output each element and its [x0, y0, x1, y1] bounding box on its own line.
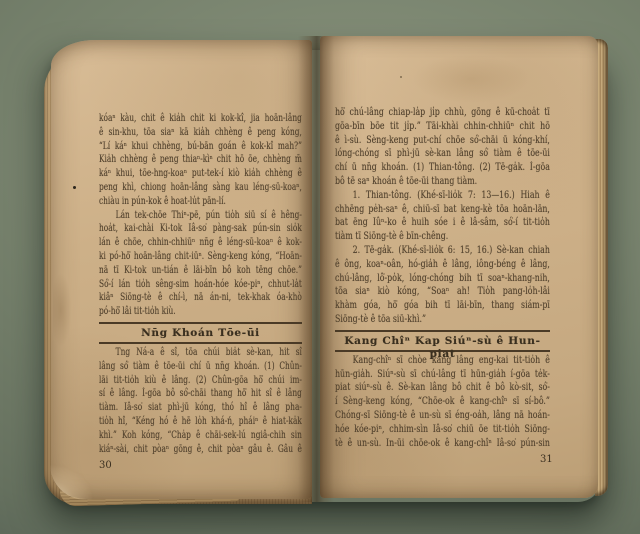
right-page: hō͘ chú-lâng chiap-la̍p ji̍p chhù, gōng … [320, 36, 598, 498]
text-line: bat ēng Iûⁿ-ko ê huih sóe i ê lâ-sâm, só… [335, 216, 550, 230]
text-line: pó-hō͘ lâi tit-tio̍h kiù. [99, 305, 302, 319]
text-line: tè ê un-sù. In-ūi chōe-ok ê kang-chîⁿ Iâ… [335, 437, 550, 451]
text-line: kiâⁿ Siōng-tè ê chí-ì, nā án-ni, tek-kha… [99, 291, 302, 305]
text-line: Kia̍h chhèng ê peng thiaⁿ-kìⁿ chit hō ōe… [99, 153, 302, 167]
right-page-body: hō͘ chú-lâng chiap-la̍p ji̍p chhù, gōng … [335, 106, 550, 450]
text-line: tōa siaⁿ kiò kóng, “Soaⁿ ah! Tio̍h pang-… [335, 285, 550, 299]
text-line: hūn-gia̍h. Siúⁿ-sù sī chú-lâng tī hūn-gi… [335, 368, 550, 382]
ink-speck [400, 76, 402, 78]
text-line: 1. Thian-tông. (Khé-sī-lio̍k 7: 13—16.) … [335, 189, 550, 203]
text-line: ki pó-hō͘ hoān-lâng chit-iūⁿ. Sèng-keng … [99, 250, 302, 264]
text-line: tio̍h hî, “Kéng hó ê hē lo̍h khá-ń, phái… [99, 415, 302, 429]
section-heading: Nn̄g Khoán Tōe-ūi [99, 322, 302, 344]
text-line: lóng-chóng sī phì-jū sè-kan lâng só͘ tià… [335, 147, 550, 161]
text-line: piat siúⁿ-sù ê. Sè-kan lâng bô chit ê bô… [335, 381, 550, 395]
book-spread: kóaⁿ kàu, chit ê kia̍h chit ki kok-kî, j… [44, 36, 608, 505]
text-line: hoa̍t, kai-chài Ki-tok Iâ-so͘ pàng-sak p… [99, 222, 302, 236]
text-line: Kang-chîⁿ sī chòe kang lâng eng-kai tit-… [335, 354, 550, 368]
text-line: kiáⁿ-sài, chit pòaⁿ gōng ê, chit pòaⁿ gâ… [99, 443, 302, 457]
page-number-left: 30 [99, 460, 302, 472]
text-line: chú-lâng, lô͘-po̍k, lóng-chóng bih tī so… [335, 272, 550, 286]
text-line: khàm góa, hō͘ góa bih tī lāi-bīn, thang … [335, 299, 550, 313]
photo-background: kóaⁿ kàu, chit ê kia̍h chit ki kok-kî, j… [0, 0, 640, 534]
section-heading: Kang Chîⁿ Kap Siúⁿ-sù ê Hun-piat [335, 330, 550, 352]
text-line: Siōng-tè ê tōa siū-khì.” [335, 313, 550, 327]
text-line: tiàm tī Siōng-tè ê bīn-chêng. [335, 230, 550, 244]
ink-speck [73, 186, 76, 189]
right-page-text: hō͘ chú-lâng chiap-la̍p ji̍p chhù, gōng … [335, 106, 550, 466]
left-page-text: kóaⁿ kàu, chit ê kia̍h chit ki kok-kî, j… [99, 112, 302, 472]
text-line: nā tī Ki-tok un-tián ê lāi-bīn bô koh tē… [99, 264, 302, 278]
text-line: ê ì-sù. Sèng-keng put-chí chōe só͘-chāi … [335, 134, 550, 148]
text-line: lâng só͘ tiàm ê tōe-ūi chí ū nn̄g khoán.… [99, 360, 302, 374]
text-line: chí ū nn̄g khoán. (1) Thian-tông. (2) Tē… [335, 161, 550, 175]
text-line: hóe kóe-piⁿ, chhim-sìn Iâ-so͘ chiū ōe ti… [335, 423, 550, 437]
text-line: ê ông, koaⁿ-oân, hó-gia̍h ê lâng, iông-b… [335, 258, 550, 272]
text-line: peng khì, chiong hoān-lâng sàng kau léng… [99, 181, 302, 195]
text-line: Tng Ná-a ê sî, tōa chúi bia̍t sè-kan, hi… [99, 346, 302, 360]
text-line: lán ê chōe, chhin-chhiūⁿ nn̄g ê léng-sū-… [99, 236, 302, 250]
text-line: bô tē saⁿ khoán ê tōe-ūi thang tiàm. [335, 175, 550, 189]
left-page-body: kóaⁿ kàu, chit ê kia̍h chit ki kok-kî, j… [99, 112, 302, 456]
page-number-right: 31 [335, 454, 550, 466]
text-line: kóaⁿ kàu, chit ê kia̍h chit ki kok-kî, j… [99, 112, 302, 126]
text-line: khì.” Koh kóng, “Cha̍p ê chāi-sek-lú ngi… [99, 429, 302, 443]
left-page: kóaⁿ kàu, chit ê kia̍h chit ki kok-kî, j… [51, 40, 312, 499]
paper-stain [406, 52, 536, 106]
text-line: káⁿ khui, tōe-hng-koaⁿ put-tek-í kiò kia… [99, 167, 302, 181]
text-line: tiàm. Iâ-so͘ siat phì-jū kóng, thó hî ê … [99, 401, 302, 415]
text-line: chiàu in pún-kok ê hoat-lu̍t pān-lí. [99, 195, 302, 209]
text-line: Lán tek-chōe Thiⁿ-pē, pún tio̍h siū sí ê… [99, 209, 302, 223]
text-line: Chóng-sī Siōng-tè ê un-sù sī éng-oa̍h, l… [335, 409, 550, 423]
text-line: 2. Tē-ga̍k. (Khé-sī-lio̍k 6: 15, 16.) Sè… [335, 244, 550, 258]
text-line: lāi tit-tio̍h kiù ê lâng. (2) Chûn-gōa h… [99, 374, 302, 388]
paper-stain [53, 265, 79, 355]
text-line: Só͘-í lán tio̍h sêng-sim hoán-hóe kóe-pi… [99, 278, 302, 292]
text-line: gōa-bīn bōe tit ji̍p.” Tāi-khài chhin-ch… [335, 120, 550, 134]
text-line: í Sèng-keng kóng, “Chōe-ok ê kang-chîⁿ s… [335, 395, 550, 409]
text-line: sí ê lâng. Í-gōa bô só͘-chāi thang hō͘ h… [99, 387, 302, 401]
text-line: chhēng pe̍h-saⁿ ê, chiū-sī bat keng-kè t… [335, 203, 550, 217]
text-line: hō͘ chú-lâng chiap-la̍p ji̍p chhù, gōng … [335, 106, 550, 120]
text-line: ê sin-khu, tōa siaⁿ kā kia̍h chhèng ê pe… [99, 126, 302, 140]
text-line: “Lí káⁿ khui chhèng, bú-bān goán ê kok-k… [99, 140, 302, 154]
